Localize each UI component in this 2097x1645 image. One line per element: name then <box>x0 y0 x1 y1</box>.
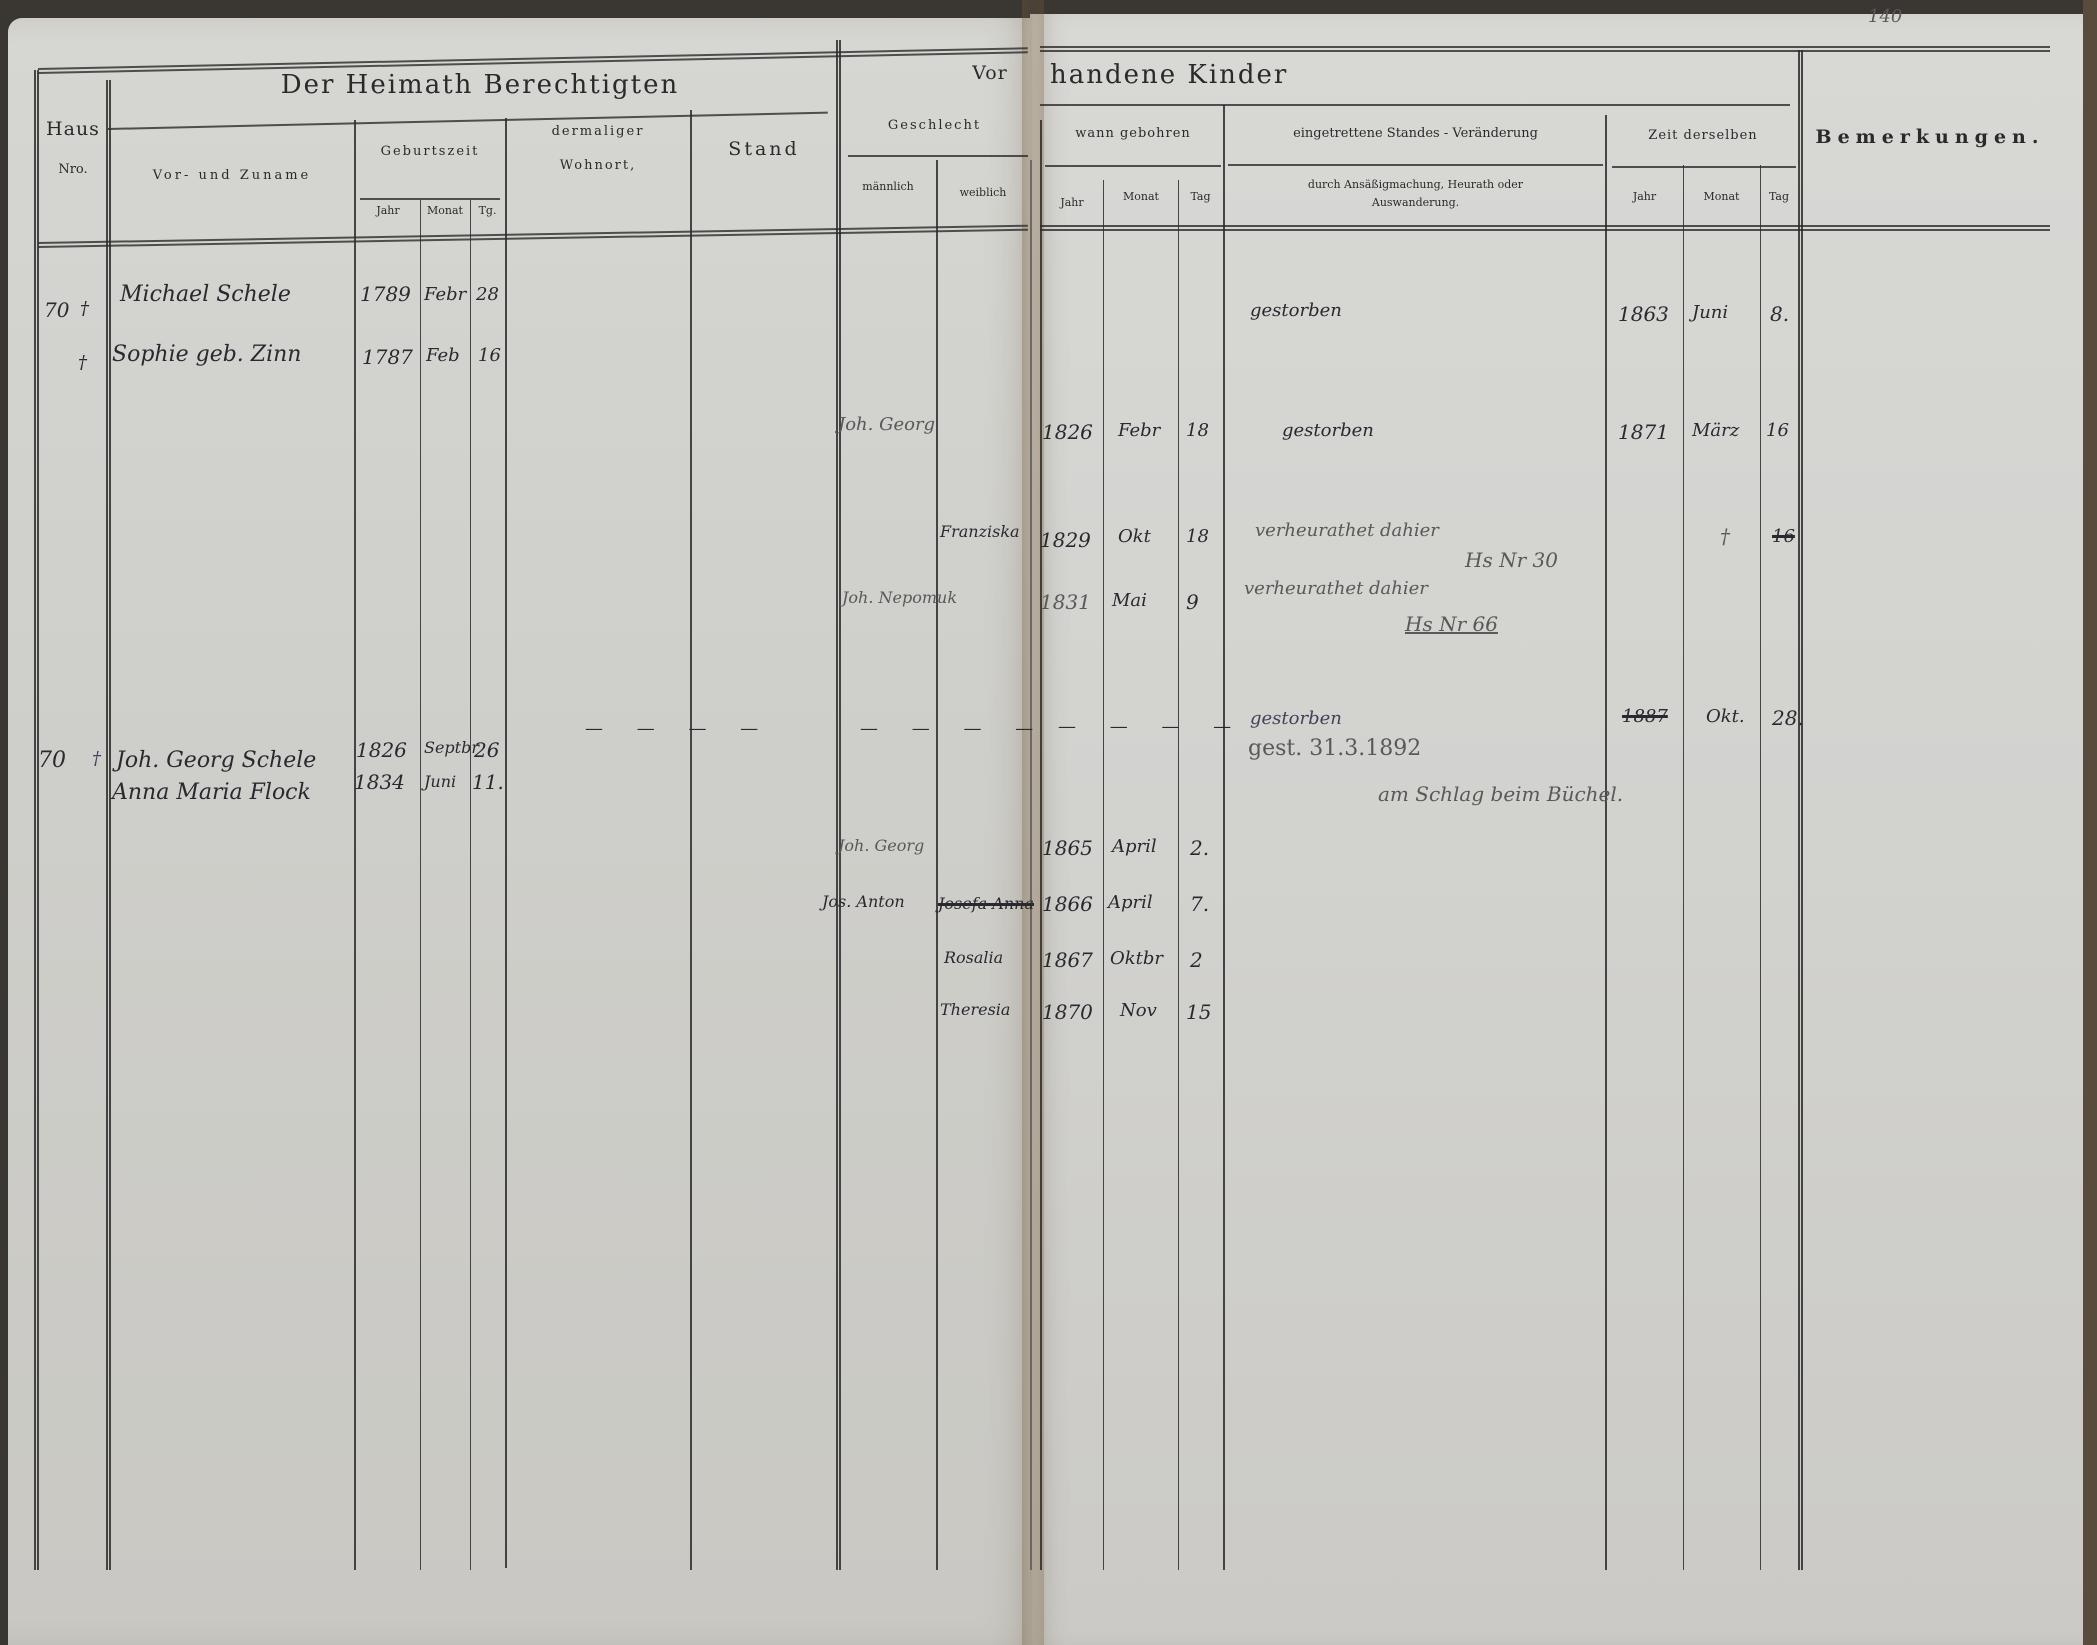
entry1-status-monat: Juni <box>1692 302 1728 323</box>
entry2-parent1-name: Joh. Georg Schele <box>116 748 316 773</box>
col-stand: Stand <box>692 138 836 160</box>
entry1-parent1-name: Michael Schele <box>120 282 291 307</box>
entry1-parent2-tag: 16 <box>478 345 501 366</box>
entry1-parent1-monat: Febr <box>424 284 466 305</box>
entry2-child2-maennlich: Jos. Anton <box>822 892 905 911</box>
rule-z-jahr <box>1683 165 1684 1570</box>
entry1-child2-tag: 18 <box>1186 526 1209 547</box>
entry1-child2-note: Hs Nr 30 <box>1465 548 1558 572</box>
entry2-status-note-2: am Schlag beim Büchel. <box>1378 782 1623 806</box>
page-number: 140 <box>1868 6 1902 27</box>
entry2-child3-jahr: 1867 <box>1042 948 1093 972</box>
col-z-tag: Tag <box>1760 190 1798 203</box>
rule-stand <box>836 40 841 1570</box>
entry1-child3-jahr: 1831 <box>1040 590 1091 614</box>
rule-name <box>354 120 356 1570</box>
entry2-child4-monat: Nov <box>1120 1000 1157 1021</box>
gebohren-rule <box>1045 165 1221 167</box>
entry1-child2-v-jahr: † <box>1720 524 1730 548</box>
entry1-child1-tag: 18 <box>1186 420 1209 441</box>
col-wohnort-1: dermaliger <box>508 124 688 139</box>
col-geburtszeit: Geburtszeit <box>356 144 504 159</box>
col-geschlecht: Geschlecht <box>842 118 1027 133</box>
col-bemerkungen: Bemerkungen. <box>1805 126 2055 148</box>
rule-maennlich <box>936 160 938 1570</box>
geburtszeit-rule <box>360 198 500 200</box>
col-weiblich: weiblich <box>938 186 1028 199</box>
entry1-child2-jahr: 1829 <box>1040 528 1091 552</box>
entry1-child3-note: Hs Nr 66 <box>1405 612 1498 636</box>
entry2-child2-weiblich: Josefa Anna <box>938 894 1034 913</box>
col-wann-gebohren: wann gebohren <box>1045 126 1221 141</box>
col-veraenderung-sub-2: Auswanderung. <box>1228 196 1603 209</box>
entry2-child1-jahr: 1865 <box>1042 836 1093 860</box>
entry2-child1-maennlich: Joh. Georg <box>838 836 924 855</box>
entry2-child3-weiblich: Rosalia <box>944 948 1003 967</box>
rule-tag <box>505 118 507 1568</box>
entry1-child3-monat: Mai <box>1112 590 1147 611</box>
col-z-monat: Monat <box>1683 190 1760 203</box>
rule-weiblich <box>1030 160 1032 1570</box>
col-nro: Nro. <box>40 162 106 177</box>
entry2-dashes-wohnort: — — — — <box>585 718 772 739</box>
entry2-parent1-marker: † <box>92 748 101 769</box>
left-page <box>8 18 1038 1645</box>
col-haus: Haus <box>40 118 106 140</box>
col-wohnort-2: Wohnort, <box>508 158 688 173</box>
entry2-dashes-kinder: — — — — <box>1058 716 1245 737</box>
zeit-rule <box>1612 166 1796 168</box>
entry1-child1-v-jahr: 1871 <box>1618 420 1669 444</box>
col-veraenderung-sub-1: durch Ansäßigmachung, Heurath oder <box>1228 178 1603 191</box>
entry2-child3-monat: Oktbr <box>1110 948 1163 969</box>
entry2-child4-jahr: 1870 <box>1042 1000 1093 1024</box>
col-geb-monat: Monat <box>420 204 470 217</box>
col-k-jahr: Jahr <box>1042 196 1102 209</box>
entry1-haus-nr: 70 <box>44 298 69 322</box>
col-z-jahr: Jahr <box>1606 190 1683 203</box>
col-k-monat: Monat <box>1104 190 1178 203</box>
entry2-child3-tag: 2 <box>1190 948 1203 972</box>
entry1-child1-veraenderung: gestorben <box>1282 420 1374 441</box>
book-edge <box>2083 0 2097 1645</box>
entry2-child4-tag: 15 <box>1186 1000 1211 1024</box>
entry1-child1-v-tag: 16 <box>1766 420 1789 441</box>
col-name: Vor- und Zuname <box>112 168 352 183</box>
rule-monat <box>470 200 471 1570</box>
right-page <box>1030 14 2085 1645</box>
geschlecht-rule <box>848 155 1028 157</box>
entry1-child3-tag: 9 <box>1186 590 1199 614</box>
entry2-status-tag: 28. <box>1772 706 1804 730</box>
entry1-parent1-marker: † <box>80 298 89 319</box>
entry2-child4-weiblich: Theresia <box>940 1000 1010 1019</box>
entry2-parent-status: gestorben <box>1250 708 1342 729</box>
entry2-parent2-name: Anna Maria Flock <box>112 780 311 805</box>
entry2-status-jahr: 1887 <box>1622 706 1668 727</box>
rule-k-monat <box>1178 180 1179 1570</box>
entry1-parent1-tag: 28 <box>476 284 499 305</box>
entry2-parent1-tag: 26 <box>474 738 499 762</box>
entry1-child1-jahr: 1826 <box>1042 420 1093 444</box>
top-rule-right <box>1040 46 2050 52</box>
entry2-child2-monat: April <box>1108 892 1153 913</box>
col-geb-tag: Tg. <box>470 204 505 217</box>
entry1-parent2-name: Sophie geb. Zinn <box>112 342 301 367</box>
entry1-child3-veraenderung: verheurathet dahier <box>1244 578 1428 599</box>
entry1-parent-status: gestorben <box>1250 300 1342 321</box>
entry1-child1-monat: Febr <box>1118 420 1160 441</box>
col-k-tag: Tag <box>1178 190 1223 203</box>
rule-z-monat <box>1760 165 1761 1570</box>
entry2-status-monat: Okt. <box>1706 706 1745 727</box>
entry2-parent2-jahr: 1834 <box>354 770 405 794</box>
entry1-child2-weiblich: Franziska <box>940 522 1020 541</box>
entry1-child2-monat: Okt <box>1118 526 1151 547</box>
rule-wohnort <box>690 110 692 1570</box>
entry2-parent1-jahr: 1826 <box>356 738 407 762</box>
subtitle-rule-right <box>1040 104 1790 106</box>
entry2-child2-tag: 7. <box>1190 892 1209 916</box>
entry2-child2-jahr: 1866 <box>1042 892 1093 916</box>
entry1-child2-veraenderung: verheurathet dahier <box>1255 520 1439 541</box>
entry2-child1-tag: 2. <box>1190 836 1209 860</box>
rule-haus <box>106 80 111 1570</box>
entry2-parent2-tag: 11. <box>472 770 504 794</box>
rule-jahr <box>420 200 421 1570</box>
entry1-parent2-monat: Feb <box>426 345 460 366</box>
entry1-child2-v-tag: 16 <box>1772 526 1795 547</box>
register-spread: 140 Der Heimath Berechtigten Vor Haus Nr… <box>0 0 2097 1645</box>
col-maennlich: männlich <box>840 180 936 193</box>
entry2-parent1-monat: Septbr <box>424 738 479 757</box>
entry2-haus-nr: 70 <box>38 748 66 773</box>
entry1-child3-maennlich: Joh. Nepomuk <box>842 588 957 607</box>
rule-k-jahr <box>1103 180 1104 1570</box>
header-title-kinder: handene Kinder <box>1050 60 1270 90</box>
header-title-vor: Vor <box>960 62 1020 84</box>
rule-z-tag <box>1798 50 1803 1570</box>
rule-k-tag <box>1223 105 1225 1570</box>
col-veraenderung: eingetrettene Standes - Veränderung <box>1228 126 1603 141</box>
rule-page-left <box>34 70 39 1570</box>
entry1-parent2-marker: † <box>78 352 87 373</box>
rule-veraenderung <box>1605 115 1607 1570</box>
entry1-child1-v-monat: März <box>1692 420 1739 441</box>
entry1-child1-maennlich: Joh. Georg <box>838 414 935 435</box>
entry1-status-jahr: 1863 <box>1618 302 1669 326</box>
col-geb-jahr: Jahr <box>356 204 420 217</box>
col-zeit-derselben: Zeit derselben <box>1608 128 1798 143</box>
entry1-parent2-jahr: 1787 <box>362 345 413 369</box>
entry2-parent2-monat: Juni <box>424 772 456 791</box>
entry2-dashes-geschlecht: — — — — <box>860 718 1047 739</box>
header-title-left: Der Heimath Berechtigten <box>280 70 680 100</box>
entry1-status-tag: 8. <box>1770 302 1789 326</box>
entry2-status-note-1: gest. 31.3.1892 <box>1248 736 1421 761</box>
veraenderung-rule <box>1228 164 1603 166</box>
header-bottom-rule-right <box>1040 225 2050 231</box>
entry1-parent1-jahr: 1789 <box>360 282 411 306</box>
entry2-child1-monat: April <box>1112 836 1157 857</box>
